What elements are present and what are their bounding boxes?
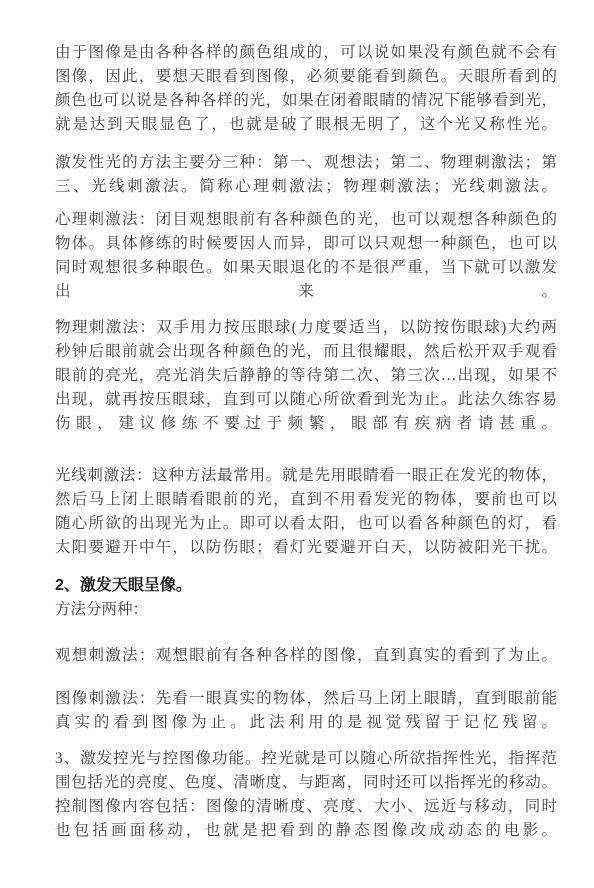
text-line: 激发性光的方法主要分三种：第一、观想法；第二、物理刺激法；第: [55, 151, 557, 175]
text-line: 就是达到天眼显色了，也就是破了眼根无明了，这个光又称性光。: [55, 113, 557, 137]
text-line: 三、光线刺激法。简称心理刺激法；物理刺激法；光线刺激法。: [55, 175, 557, 199]
text-line: 光线刺激法：这种方法最常用。就是先用眼睛看一眼正在发光的物体，: [55, 464, 557, 488]
text-line: 太阳要避开中午，以防伤眼；看灯光要避开白天，以防被阳光干扰。: [55, 536, 557, 560]
text-line: 由于图像是由各种各样的颜色组成的，可以说如果没有颜色就不会有: [55, 41, 557, 65]
text-line: 3、激发控光与控图像功能。控光就是可以随心所欲指挥性光，指挥范: [55, 747, 557, 771]
paragraph-control-light: 3、激发控光与控图像功能。控光就是可以随心所欲指挥性光，指挥范 围包括光的亮度、…: [55, 747, 557, 843]
paragraph-light-method: 光线刺激法：这种方法最常用。就是先用眼睛看一眼正在发光的物体， 然后马上闭上眼睛…: [55, 464, 557, 560]
text-line: 图像，因此，要想天眼看到图像，必须要能看到颜色。天眼所看到的: [55, 65, 557, 89]
note-line: 方法分两种：: [55, 598, 557, 622]
text-line: 图像刺激法：先看一眼真实的物体，然后马上闭上眼睛，直到眼前能: [55, 687, 557, 711]
paragraph-physical-method: 物理刺激法：双手用力按压眼球(力度要适当，以防按伤眼球)大约两 秒钟后眼前就会出…: [55, 316, 557, 436]
text-line: 物体。具体修练的时候要因人而异，即可以只观想一种颜色，也可以: [55, 232, 557, 256]
document-page: 由于图像是由各种各样的颜色组成的，可以说如果没有颜色就不会有 图像，因此，要想天…: [0, 0, 594, 888]
text-line: 观想刺激法：观想眼前有各种各样的图像，直到真实的看到了为止。: [55, 644, 557, 668]
document-content: 由于图像是由各种各样的颜色组成的，可以说如果没有颜色就不会有 图像，因此，要想天…: [55, 0, 557, 843]
text-line: 控制图像内容包括：图像的清晰度、亮度、大小、远近与移动，同时: [55, 795, 557, 819]
text-line: 秒钟后眼前就会出现各种颜色的光，而且很耀眼，然后松开双手观看: [55, 340, 557, 364]
text-line: 随心所欲的出现光为止。即可以看太阳，也可以看各种颜色的灯，看: [55, 512, 557, 536]
text-line: 然后马上闭上眼睛看眼前的光，直到不用看发光的物体，要前也可以: [55, 488, 557, 512]
paragraph-intro: 由于图像是由各种各样的颜色组成的，可以说如果没有颜色就不会有 图像，因此，要想天…: [55, 41, 557, 137]
text-line: 真实的看到图像为止。此法利用的是视觉残留于记忆残留。: [55, 711, 557, 735]
text-line: 物理刺激法：双手用力按压眼球(力度要适当，以防按伤眼球)大约两: [55, 316, 557, 340]
paragraph-visualize-method: 观想刺激法：观想眼前有各种各样的图像，直到真实的看到了为止。: [55, 644, 557, 668]
text-line: 围包括光的亮度、色度、清晰度、与距离，同时还可以指挥光的移动。: [55, 771, 557, 795]
text-line: 也包括画面移动，也就是把看到的静态图像改成动态的电影。: [55, 819, 557, 843]
text-line: 颜色也可以说是各种各样的光，如果在闭着眼睛的情况下能够看到光，: [55, 89, 557, 113]
text-line: 伤眼，建议修练不要过于频繁，眼部有疾病者请甚重。: [55, 412, 557, 436]
section-heading: 2、激发天眼呈像。: [55, 574, 557, 598]
text-line: 同时观想很多种眼色。如果天眼退化的不是很严重，当下就可以激发: [55, 256, 557, 280]
paragraph-psych-method: 心理刺激法：闭目观想眼前有各种颜色的光，也可以观想各种颜色的 物体。具体修练的时…: [55, 208, 557, 304]
text-line: 出现，就再按压眼球，直到可以随心所欲看到光为止。此法久练容易: [55, 388, 557, 412]
text-line: 出来。: [55, 280, 557, 304]
paragraph-methods-overview: 激发性光的方法主要分三种：第一、观想法；第二、物理刺激法；第 三、光线刺激法。简…: [55, 151, 557, 199]
paragraph-image-method: 图像刺激法：先看一眼真实的物体，然后马上闭上眼睛，直到眼前能 真实的看到图像为止…: [55, 687, 557, 735]
text-line: 心理刺激法：闭目观想眼前有各种颜色的光，也可以观想各种颜色的: [55, 208, 557, 232]
text-line: 眼前的亮光，亮光消失后静静的等待第二次、第三次…出现，如果不: [55, 364, 557, 388]
